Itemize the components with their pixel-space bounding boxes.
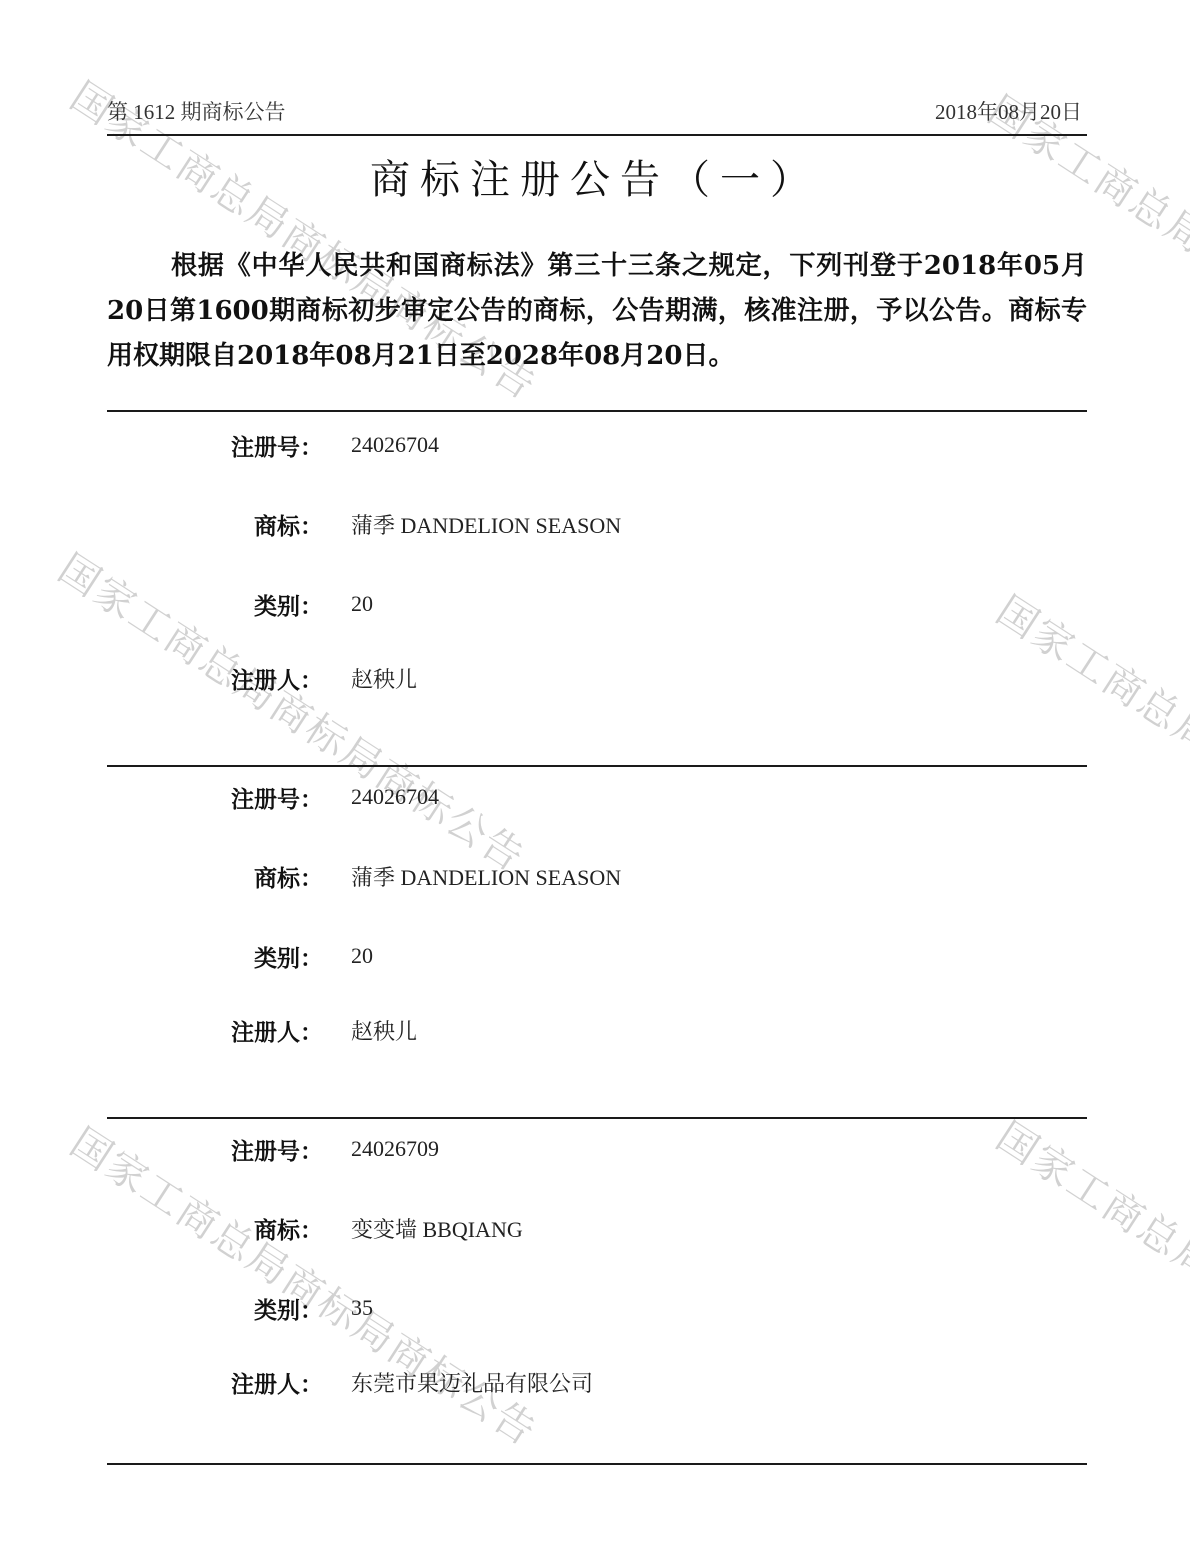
record-mark-row: 商标： 蒲季 DANDELION SEASON — [0, 856, 1190, 896]
reg-no-value: 24026709 — [351, 1136, 439, 1162]
registrant-value: 赵秧儿 — [351, 1015, 417, 1046]
record-divider — [107, 410, 1087, 412]
record-mark-row: 商标： 变变墙 BBQIANG — [0, 1208, 1190, 1248]
registrant-label: 注册人： — [0, 1366, 323, 1399]
registrant-label: 注册人： — [0, 662, 323, 695]
registrant-value: 赵秧儿 — [351, 663, 417, 694]
class-label: 类别： — [0, 1292, 323, 1325]
mark-value: 蒲季 DANDELION SEASON — [351, 861, 621, 892]
record-class-row: 类别： 20 — [0, 584, 1190, 624]
intro-paragraph: 根据《中华人民共和国商标法》第三十三条之规定，下列刊登于2018年05月20日第… — [107, 244, 1087, 379]
record-divider — [107, 1117, 1087, 1119]
registrant-value: 东莞市果迈礼品有限公司 — [351, 1367, 593, 1398]
footer-divider — [107, 1463, 1087, 1465]
header-divider — [107, 134, 1087, 136]
record-divider — [107, 765, 1087, 767]
record-registrant-row: 注册人： 赵秧儿 — [0, 1010, 1190, 1050]
reg-no-value: 24026704 — [351, 432, 439, 458]
record-class-row: 类别： 35 — [0, 1288, 1190, 1328]
record-reg-no-row: 注册号： 24026709 — [0, 1129, 1190, 1169]
class-value: 35 — [351, 1295, 373, 1321]
mark-label: 商标： — [0, 860, 323, 893]
class-label: 类别： — [0, 588, 323, 621]
issue-label: 第 1612 期商标公告 — [107, 96, 286, 126]
reg-no-label: 注册号： — [0, 781, 323, 814]
mark-label: 商标： — [0, 508, 323, 541]
mark-label: 商标： — [0, 1212, 323, 1245]
mark-value: 变变墙 BBQIANG — [351, 1213, 523, 1244]
reg-no-label: 注册号： — [0, 1133, 323, 1166]
class-value: 20 — [351, 591, 373, 617]
record-registrant-row: 注册人： 赵秧儿 — [0, 658, 1190, 698]
class-value: 20 — [351, 943, 373, 969]
reg-no-label: 注册号： — [0, 429, 323, 462]
registrant-label: 注册人： — [0, 1014, 323, 1047]
record-class-row: 类别： 20 — [0, 936, 1190, 976]
record-reg-no-row: 注册号： 24026704 — [0, 425, 1190, 465]
issue-date: 2018年08月20日 — [935, 96, 1082, 126]
record-reg-no-row: 注册号： 24026704 — [0, 777, 1190, 817]
reg-no-value: 24026704 — [351, 784, 439, 810]
record-mark-row: 商标： 蒲季 DANDELION SEASON — [0, 504, 1190, 544]
class-label: 类别： — [0, 940, 323, 973]
page-title: 商标注册公告（一） — [0, 148, 1190, 205]
mark-value: 蒲季 DANDELION SEASON — [351, 509, 621, 540]
record-registrant-row: 注册人： 东莞市果迈礼品有限公司 — [0, 1362, 1190, 1402]
